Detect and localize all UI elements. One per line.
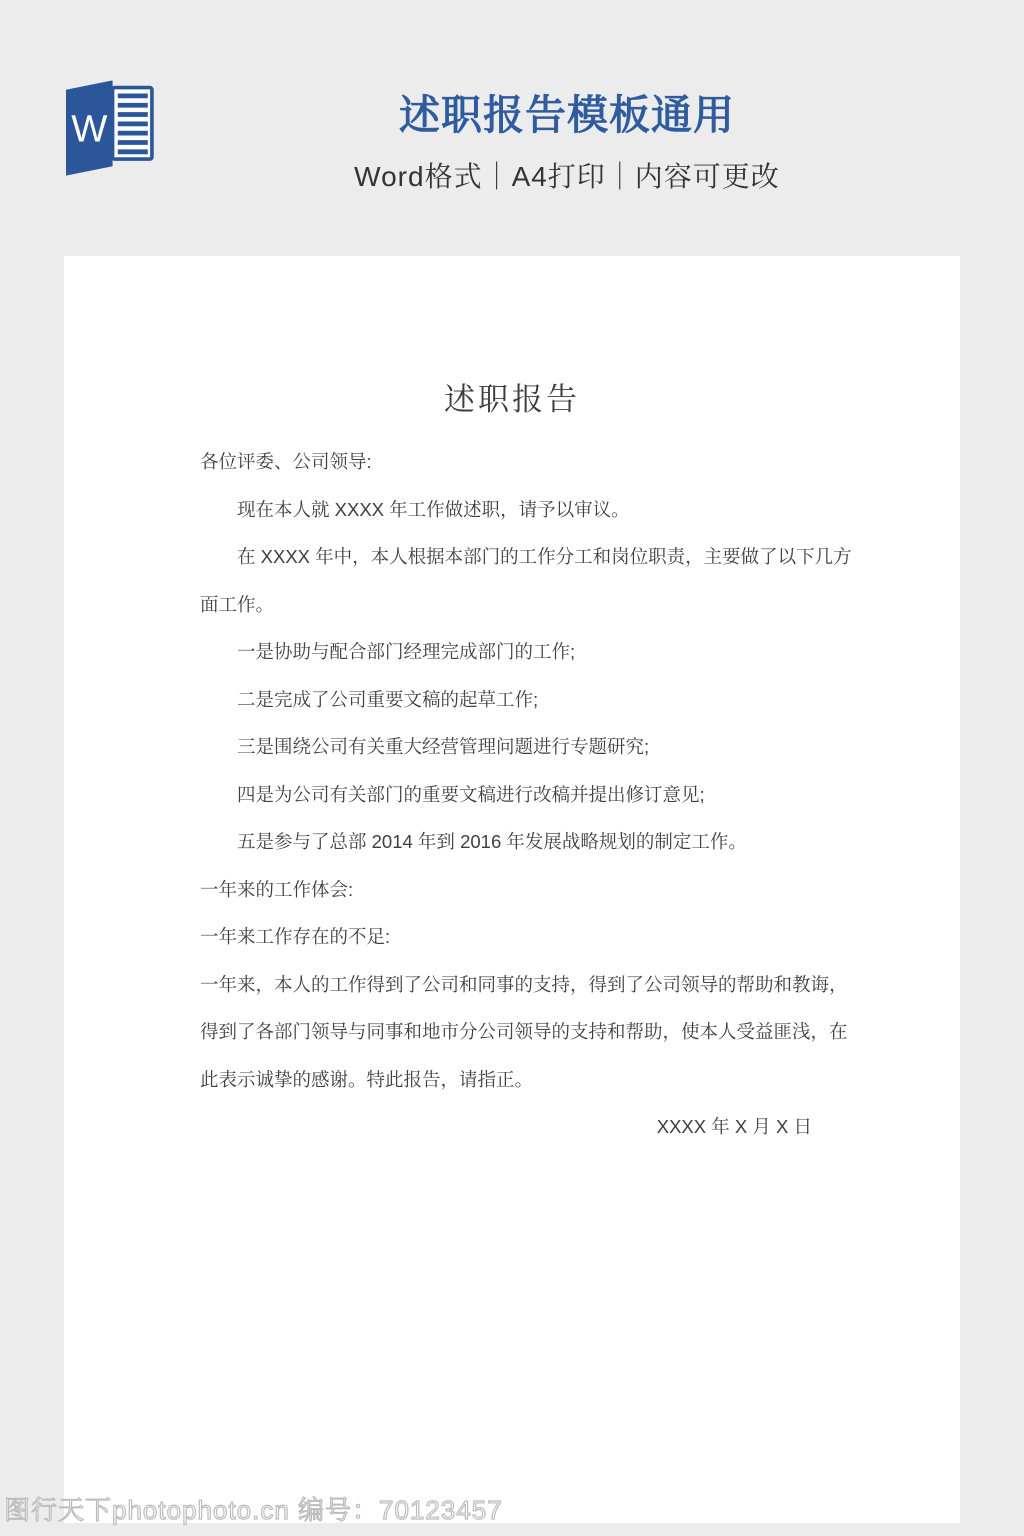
document-paragraph: 三是围绕公司有关重大经营管理问题进行专题研究;	[200, 723, 852, 771]
document-paragraph: 五是参与了总部 2014 年到 2016 年发展战略规划的制定工作。	[200, 818, 852, 866]
document-title: 述职报告	[64, 382, 960, 418]
template-title: 述职报告模板通用	[110, 92, 1024, 139]
document-paragraph: 各位评委、公司领导:	[200, 438, 852, 486]
header-text-block: 述职报告模板通用 Word格式｜A4打印｜内容可更改	[110, 92, 1024, 195]
document-paragraph: 一年来，本人的工作得到了公司和同事的支持，得到了公司领导的帮助和教诲，得到了各部…	[200, 961, 852, 1104]
document-paragraph: 二是完成了公司重要文稿的起草工作;	[200, 676, 852, 724]
document-paragraph: 在 XXXX 年中，本人根据本部门的工作分工和岗位职责，主要做了以下几方面工作。	[200, 533, 852, 628]
template-header: W 述职报告模板通用 Word格式｜A4打印｜内容可更改	[0, 0, 1024, 256]
document-page: 述职报告 各位评委、公司领导:现在本人就 XXXX 年工作做述职，请予以审议。在…	[64, 256, 960, 1523]
document-paragraph: XXXX 年 X 月 X 日	[200, 1103, 852, 1151]
document-paragraph: 四是为公司有关部门的重要文稿进行改稿并提出修订意见;	[200, 771, 852, 819]
document-paragraph: 一年来工作存在的不足:	[200, 913, 852, 961]
word-icon-letter: W	[71, 107, 108, 150]
document-body: 各位评委、公司领导:现在本人就 XXXX 年工作做述职，请予以审议。在 XXXX…	[200, 438, 852, 1151]
template-subtitle: Word格式｜A4打印｜内容可更改	[110, 155, 1024, 195]
document-paragraph: 一年来的工作体会:	[200, 866, 852, 914]
document-paragraph: 现在本人就 XXXX 年工作做述职，请予以审议。	[200, 486, 852, 534]
document-paragraph: 一是协助与配合部门经理完成部门的工作;	[200, 628, 852, 676]
watermark-text: 图行天下photophoto.cn 编号：70123457	[4, 1490, 503, 1527]
